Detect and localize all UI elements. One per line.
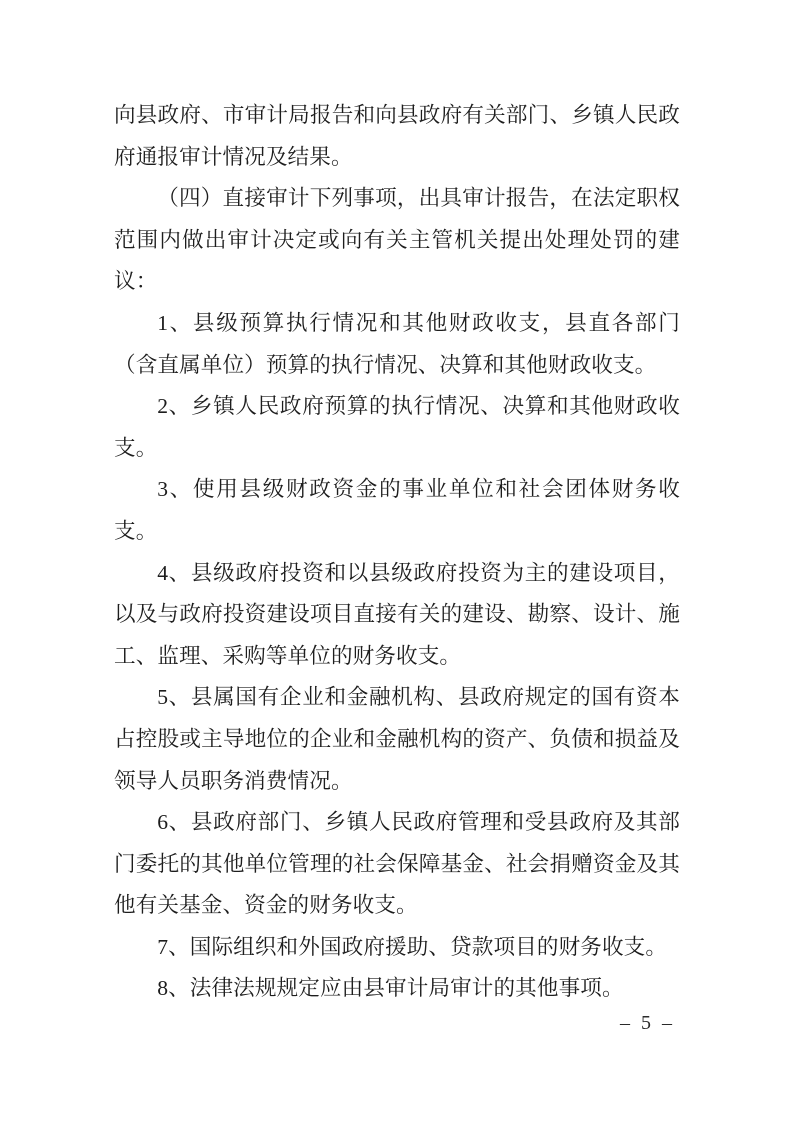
document-body: 向县政府、市审计局报告和向县政府有关部门、乡镇人民政府通报审计情况及结果。 （四… (114, 95, 680, 1010)
list-item-3: 3、使用县级财政资金的事业单位和社会团体财务收支。 (114, 469, 680, 552)
list-item-8: 8、法律法规规定应由县审计局审计的其他事项。 (114, 968, 680, 1010)
paragraph-section-4: （四）直接审计下列事项，出具审计报告，在法定职权范围内做出审计决定或向有关主管机… (114, 178, 680, 303)
list-item-1: 1、县级预算执行情况和其他财政收支，县直各部门（含直属单位）预算的执行情况、决算… (114, 303, 680, 386)
page-number: – 5 – (620, 1012, 675, 1035)
list-item-6: 6、县政府部门、乡镇人民政府管理和受县政府及其部门委托的其他单位管理的社会保障基… (114, 802, 680, 927)
list-item-4: 4、县级政府投资和以县级政府投资为主的建设项目，以及与政府投资建设项目直接有关的… (114, 553, 680, 678)
document-page: 向县政府、市审计局报告和向县政府有关部门、乡镇人民政府通报审计情况及结果。 （四… (0, 0, 793, 1122)
paragraph-continuation: 向县政府、市审计局报告和向县政府有关部门、乡镇人民政府通报审计情况及结果。 (114, 95, 680, 178)
list-item-7: 7、国际组织和外国政府援助、贷款项目的财务收支。 (114, 927, 680, 969)
list-item-2: 2、乡镇人民政府预算的执行情况、决算和其他财政收支。 (114, 386, 680, 469)
list-item-5: 5、县属国有企业和金融机构、县政府规定的国有资本占控股或主导地位的企业和金融机构… (114, 677, 680, 802)
